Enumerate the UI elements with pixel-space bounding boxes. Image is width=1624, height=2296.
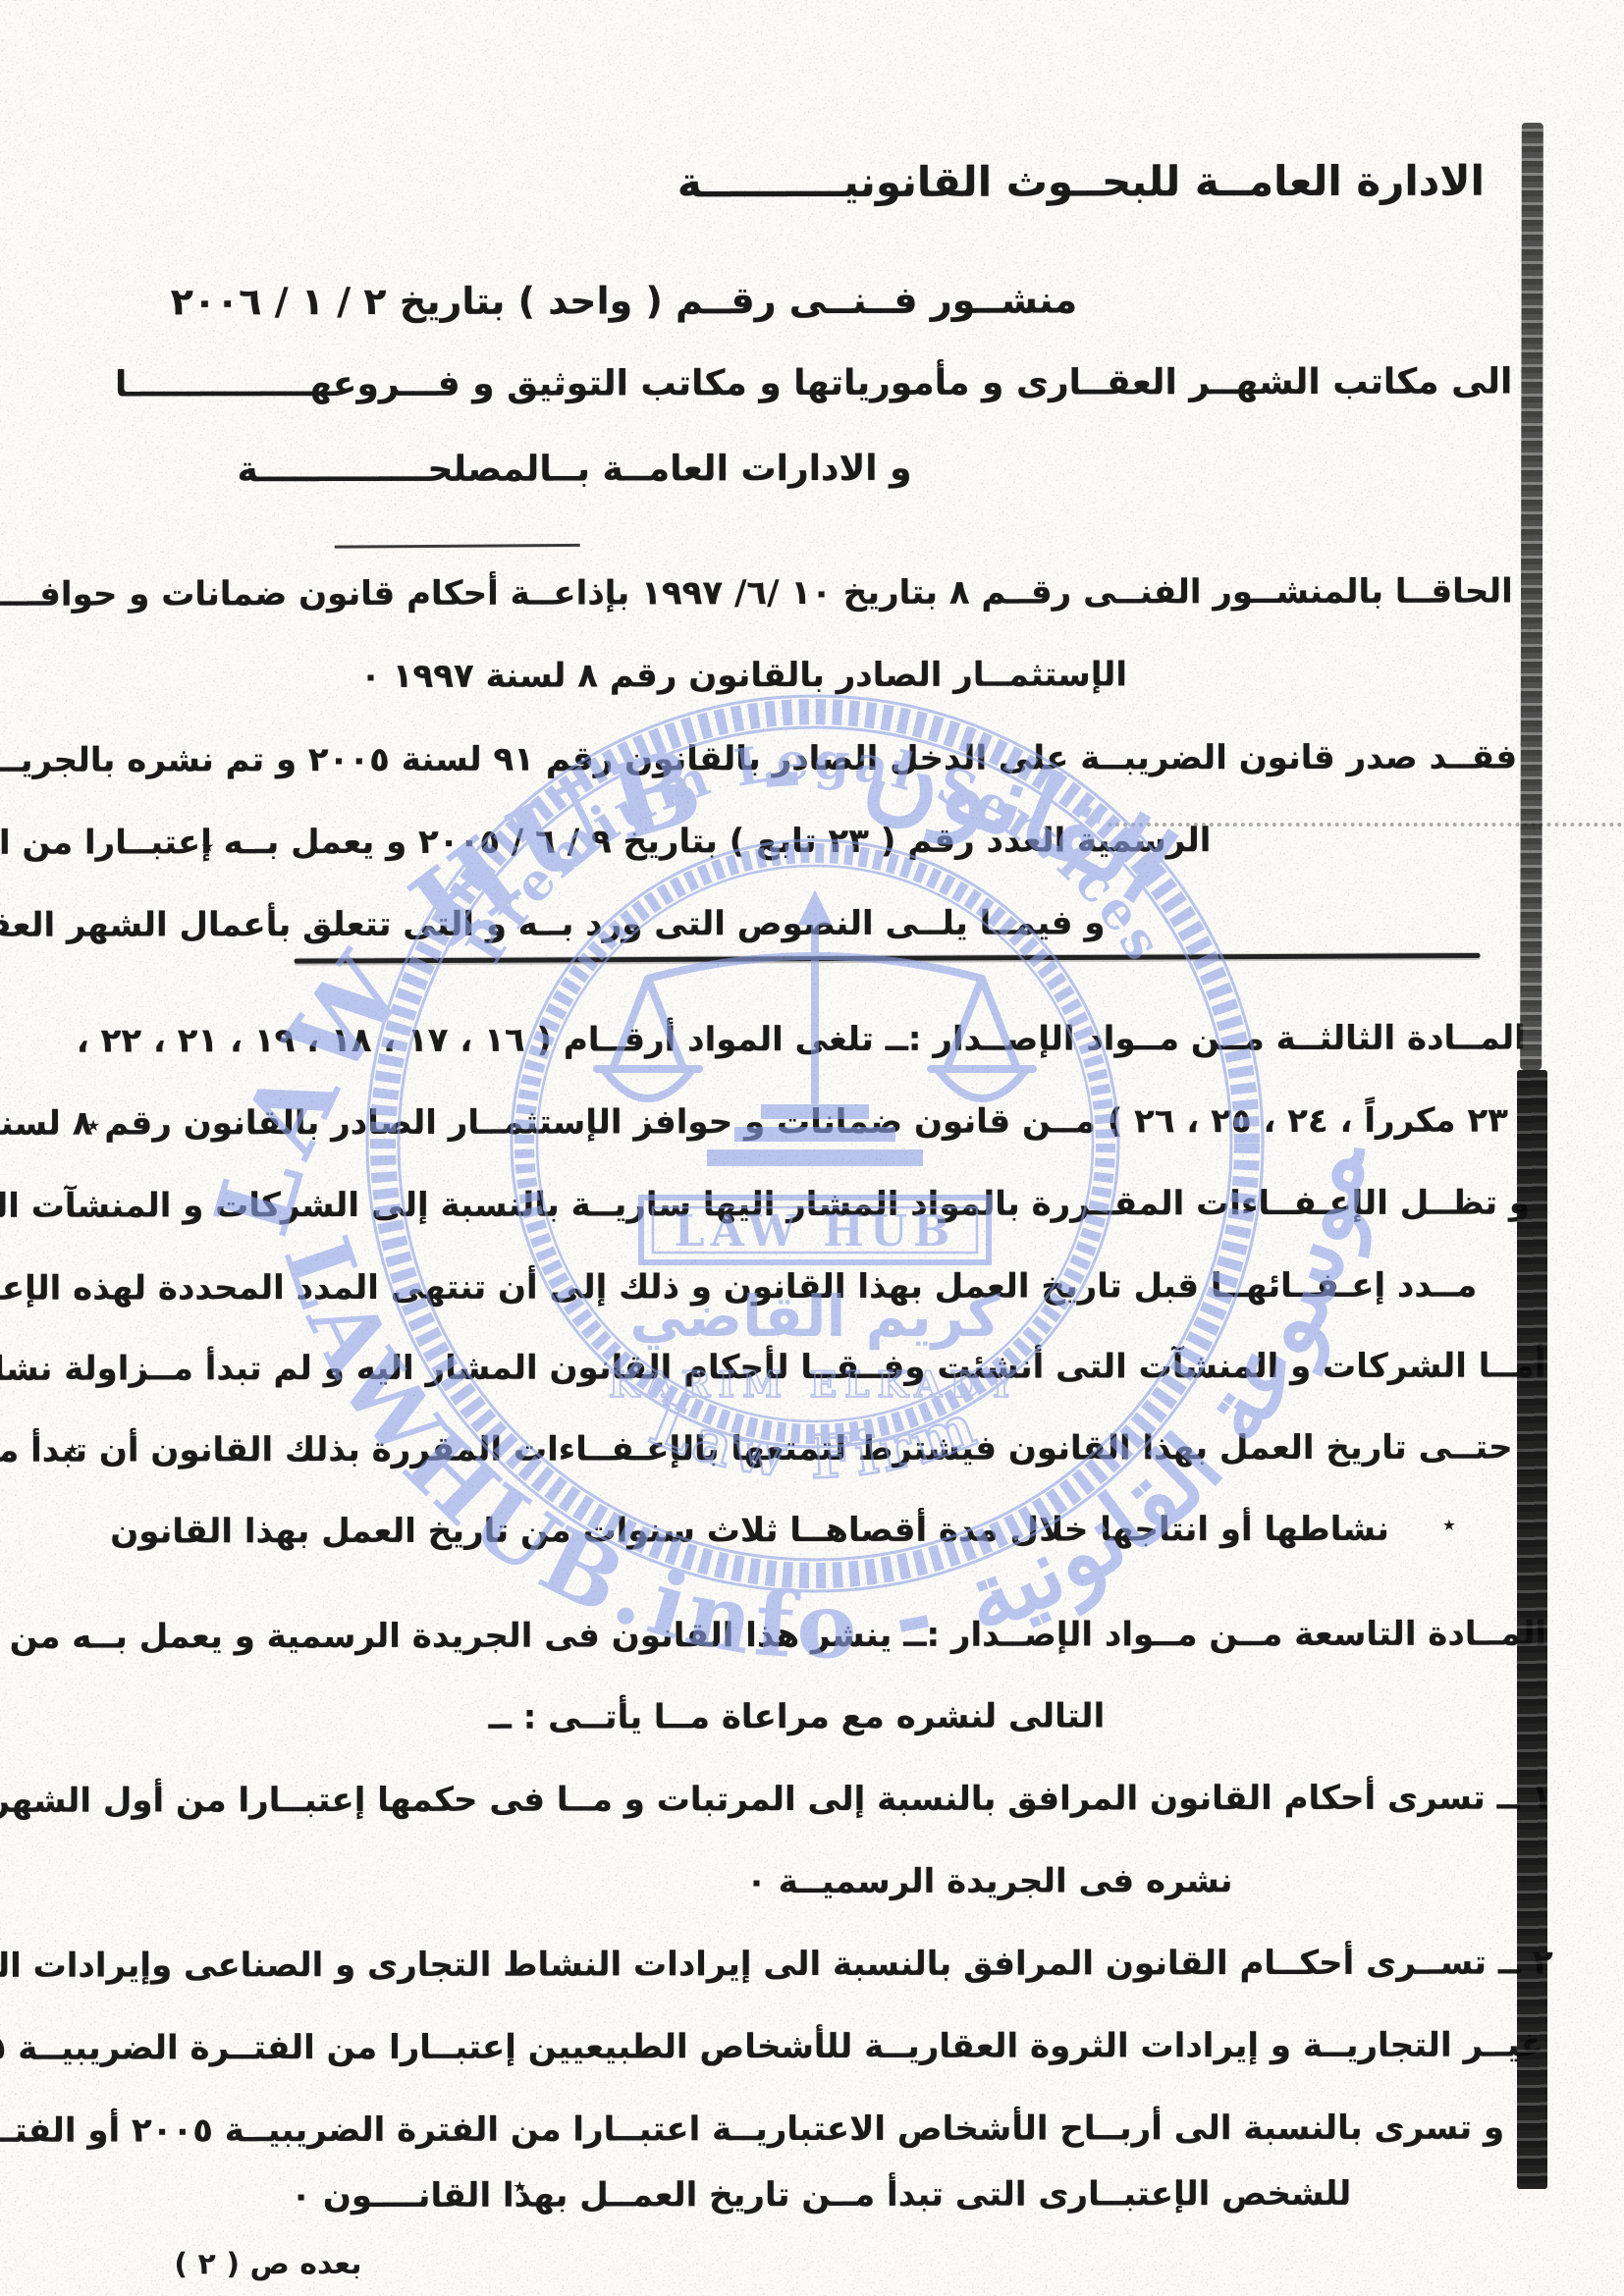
paragraph5-line3: نشاطها أو انتاجها خلال مدة أقصاهــا ثلاث…: [110, 1509, 1389, 1553]
paragraph1-line1: الحاقــا بالمنشــور الفنــى رقــم ٨ بتار…: [0, 571, 1513, 616]
addressee-line-2: و الادارات العامــة بــالمصلحـــــــــــ…: [237, 447, 911, 492]
margin-asterisk-5: ٭: [513, 2172, 526, 2202]
paragraph2-line1: فقــد صدر قانون الضريبــة على الدخل الصا…: [0, 736, 1517, 781]
item1-line2: نشره فى الجريدة الرسميــة ٠: [746, 1860, 1233, 1903]
paragraph2-line3: و فيمــا يلــى النصوص التى ورد بــه و ال…: [0, 902, 1106, 946]
binding-edge-strip-upper: [1520, 123, 1543, 1070]
circular-number-date-line: منشــور فــنــى رقــم ( واحد ) بتاريخ ٢ …: [171, 277, 1078, 325]
article9-line2: التالى لنشره مع مراعاة مــا يأتــى : ــ: [489, 1695, 1106, 1738]
paragraph4-line1: و تظــل الإعـفــاءات المقــررة بالمواد ا…: [0, 1182, 1530, 1227]
paragraph5-line1: أمــا الشركات و المنشآت التى أنشئت وفــق…: [0, 1345, 1546, 1390]
margin-asterisk-4: ٭: [1442, 1511, 1456, 1540]
margin-asterisk-3: ٭: [66, 1435, 80, 1465]
margin-asterisk-1: ٭: [200, 831, 214, 861]
final-line: للشخص الإعتبــارى التى تبدأ مــن تاريخ ا…: [291, 2173, 1351, 2217]
paragraph5-line2: حتــى تاريخ العمل بهذا القانون فيشترط لت…: [0, 1427, 1513, 1472]
addressee-line-1: الى مكاتب الشهــر العقــارى و مأمورياتها…: [115, 360, 1512, 407]
paragraph4-line2: مــدد إعـفــائهــا قبل تاريخ العمل بهذا …: [0, 1265, 1477, 1310]
article9-line1: المــادة التاسعة مــن مــواد الإصــدار :…: [0, 1613, 1546, 1658]
item2-line1: ٢ ــ تســرى أحكــام القانون المرافق بالن…: [0, 1942, 1553, 1987]
short-underline-rule: [335, 544, 580, 549]
article3-line1: المــادة الثالثــة مــن مــواد الإصــدار…: [77, 1017, 1526, 1062]
paragraph1-line2: الإستثمــار الصادر بالقانون رقم ٨ لسنة ١…: [360, 654, 1127, 697]
scan-fold-dotted-line: [1108, 823, 1622, 827]
item2-line2: غيــر التجاريــة و إيرادات الثروة العقار…: [0, 2024, 1543, 2069]
paragraph2-line2: الرسمية العدد رقم ( ٢٣ تابع ) بتاريخ ٩ /…: [0, 820, 1211, 865]
section-divider-rule: [295, 953, 1481, 964]
page-heading-general-administration: الادارة العامــة للبحــوث القانونيــــــ…: [677, 156, 1485, 209]
scanned-legal-document-page: الادارة العامــة للبحــوث القانونيــــــ…: [0, 0, 1624, 2296]
item2-line3: و تسرى بالنسبة الى أربــاح الأشخاص الاعت…: [0, 2108, 1504, 2153]
item1-line1: ١ ــ تسرى أحكام القانون المرافق بالنسبة …: [0, 1777, 1551, 1822]
page-footer-continued: بعده ص ( ٢ ): [174, 2247, 361, 2281]
document-text-layer: الادارة العامــة للبحــوث القانونيــــــ…: [0, 0, 1624, 2296]
binding-edge-strip-lower: [1517, 1070, 1547, 2189]
article3-line2: ٢٣ مكرراً ، ٢٤ ، ٢٥ ، ٢٦ ) مــن قانون ضم…: [0, 1100, 1508, 1146]
margin-asterisk-2: ٭: [86, 1111, 100, 1141]
